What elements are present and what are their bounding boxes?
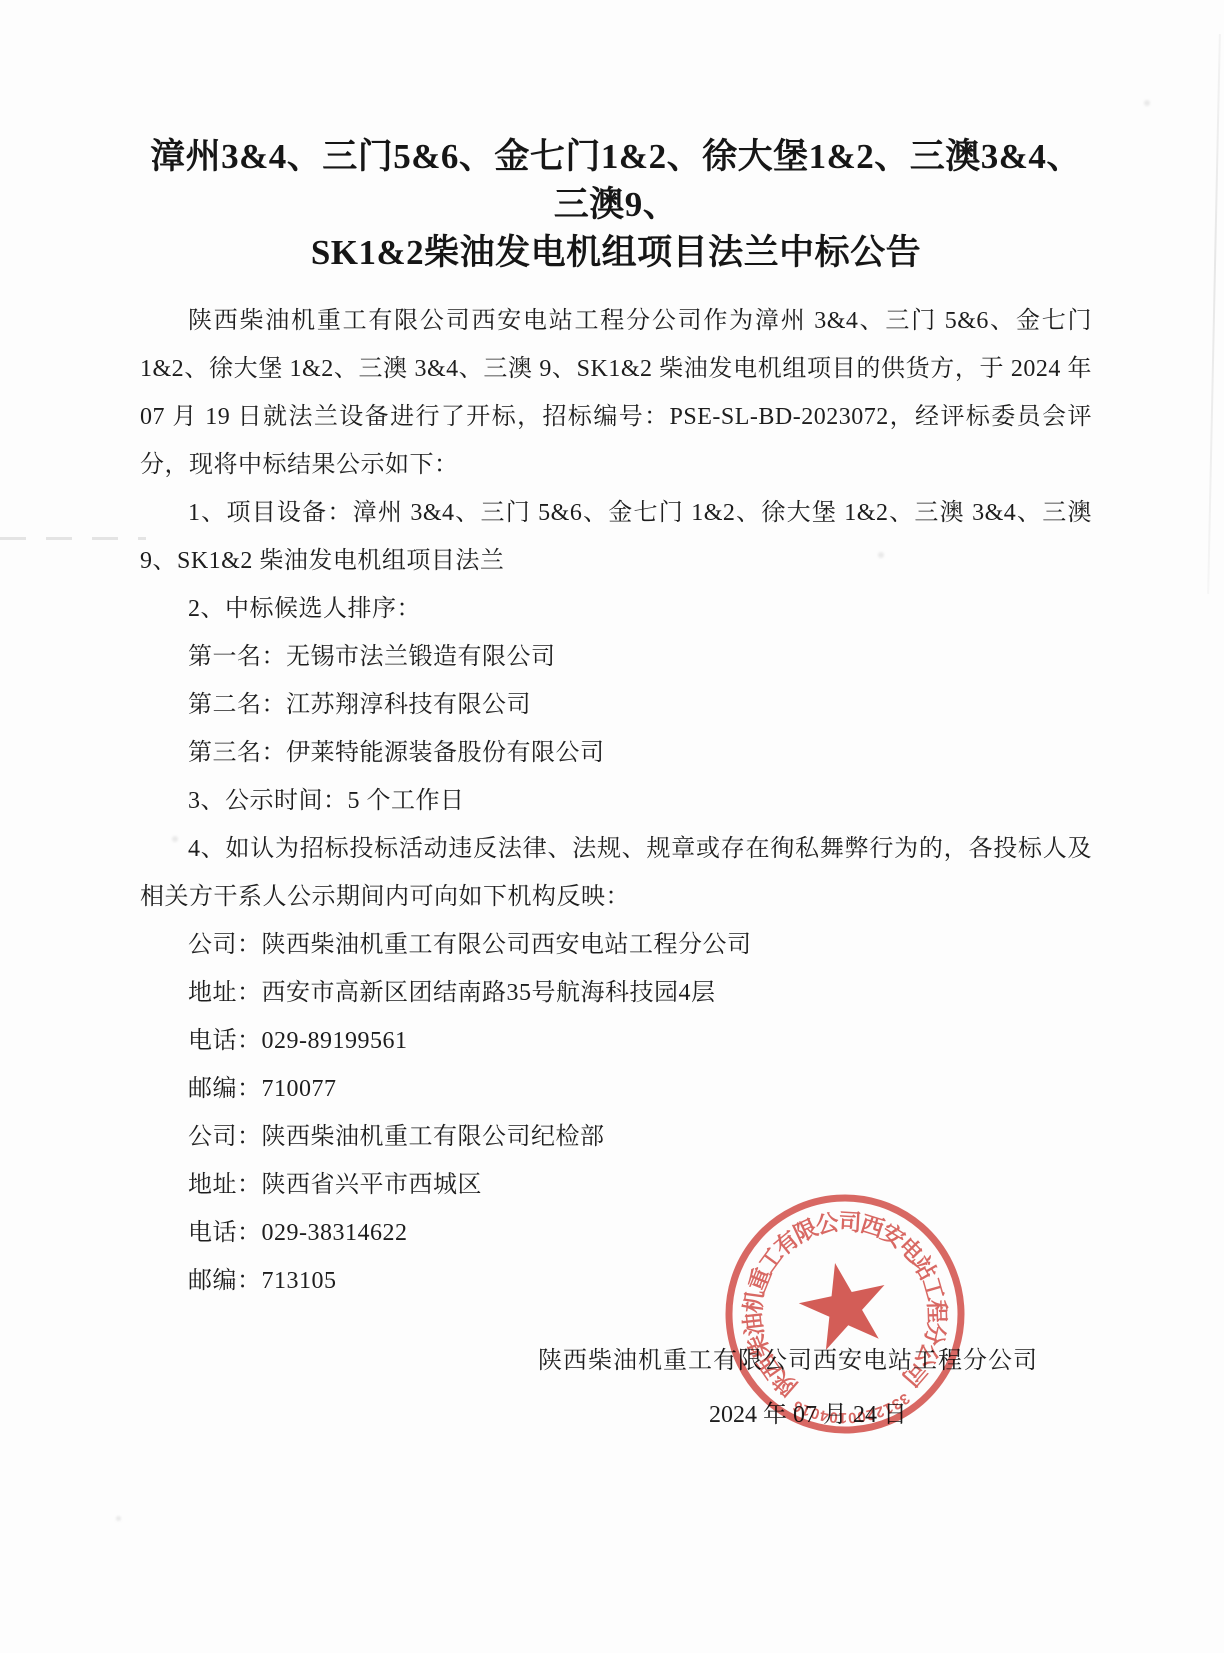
company-seal-stamp: 陕西柴油机重工有限公司西安电站工程分公司 6104010022133 xyxy=(705,1174,985,1454)
scanned-announcement-page: 漳州3&4、三门5&6、金七门1&2、徐大堡1&2、三澳3&4、三澳9、 SK1… xyxy=(0,0,1224,1653)
scan-speck-artifact xyxy=(1144,100,1150,106)
body-paragraph: 公司：陕西柴油机重工有限公司纪检部 xyxy=(140,1113,1092,1161)
body-paragraph: 地址：西安市高新区团结南路35号航海科技园4层 xyxy=(140,969,1092,1017)
body-paragraph: 邮编：710077 xyxy=(140,1065,1092,1113)
body-paragraph: 2、中标候选人排序： xyxy=(140,585,1092,633)
body-paragraph: 第三名：伊莱特能源装备股份有限公司 xyxy=(140,729,1092,777)
seal-star-icon xyxy=(792,1254,895,1354)
body-paragraph: 第一名：无锡市法兰锻造有限公司 xyxy=(140,633,1092,681)
body-paragraph: 公司：陕西柴油机重工有限公司西安电站工程分公司 xyxy=(140,921,1092,969)
body-paragraph: 4、如认为招标投标活动违反法律、法规、规章或存在徇私舞弊行为的，各投标人及相关方… xyxy=(140,825,1092,921)
title-line-2: SK1&2柴油发电机组项目法兰中标公告 xyxy=(140,229,1092,277)
document-body: 陕西柴油机重工有限公司西安电站工程分公司作为漳州 3&4、三门 5&6、金七门 … xyxy=(140,297,1092,1305)
body-paragraph: 电话：029-89199561 xyxy=(140,1017,1092,1065)
scan-streak-artifact xyxy=(0,537,146,540)
svg-text:0: 0 xyxy=(847,1408,857,1426)
scan-edge-artifact xyxy=(1207,34,1221,594)
document-title: 漳州3&4、三门5&6、金七门1&2、徐大堡1&2、三澳3&4、三澳9、 SK1… xyxy=(140,133,1092,277)
svg-text:1: 1 xyxy=(839,1409,848,1426)
scan-speck-artifact xyxy=(116,1516,121,1521)
body-paragraph: 1、项目设备：漳州 3&4、三门 5&6、金七门 1&2、徐大堡 1&2、三澳 … xyxy=(140,489,1092,585)
title-line-1: 漳州3&4、三门5&6、金七门1&2、徐大堡1&2、三澳3&4、三澳9、 xyxy=(140,133,1092,229)
body-paragraph: 3、公示时间：5 个工作日 xyxy=(140,777,1092,825)
body-paragraph: 陕西柴油机重工有限公司西安电站工程分公司作为漳州 3&4、三门 5&6、金七门 … xyxy=(140,297,1092,489)
body-paragraph: 第二名：江苏翔淳科技有限公司 xyxy=(140,681,1092,729)
